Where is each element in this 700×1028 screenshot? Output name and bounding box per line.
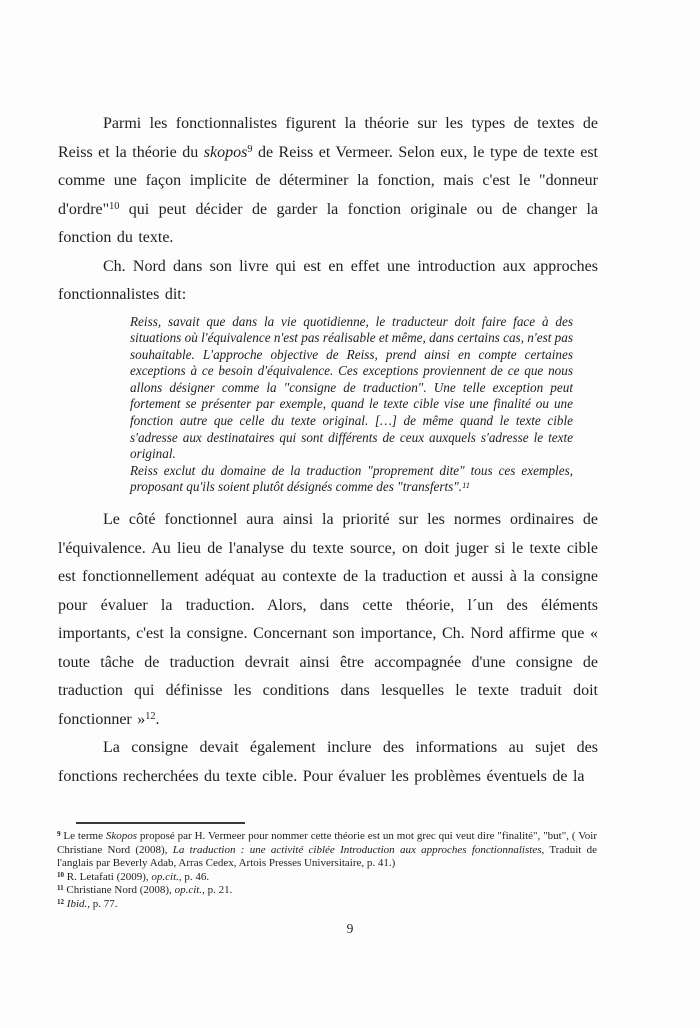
quote-paragraph-transferts: Reiss exclut du domaine de la traduction… bbox=[130, 463, 573, 496]
footnote-10: 10 R. Letafati (2009), op.cit., p. 46. bbox=[57, 871, 597, 885]
footnote-separator-rule bbox=[76, 822, 245, 824]
paragraph-functionalist-theories: Parmi les fonctionnalistes figurent la t… bbox=[58, 110, 598, 253]
quote-paragraph-equivalence-exceptions: Reiss, savait que dans la vie quotidienn… bbox=[130, 314, 573, 463]
block-quote-reiss: Reiss, savait que dans la vie quotidienn… bbox=[130, 314, 573, 497]
paragraph-functional-priority: Le côté fonctionnel aura ainsi la priori… bbox=[58, 506, 598, 734]
footnote-11: 11 Christiane Nord (2008), op.cit., p. 2… bbox=[57, 884, 597, 898]
footnote-9: 9 Le terme Skopos proposé par H. Vermeer… bbox=[57, 830, 597, 871]
page-number: 9 bbox=[0, 921, 700, 937]
paragraph-consigne-informations: La consigne devait également inclure des… bbox=[58, 734, 598, 791]
footnotes-section: 9 Le terme Skopos proposé par H. Vermeer… bbox=[57, 820, 597, 912]
paragraph-nord-introduction: Ch. Nord dans son livre qui est en effet… bbox=[58, 253, 598, 310]
page-body: Parmi les fonctionnalistes figurent la t… bbox=[58, 110, 598, 791]
document-page: Parmi les fonctionnalistes figurent la t… bbox=[0, 0, 700, 1028]
footnote-12: 12 Ibid., p. 77. bbox=[57, 898, 597, 912]
